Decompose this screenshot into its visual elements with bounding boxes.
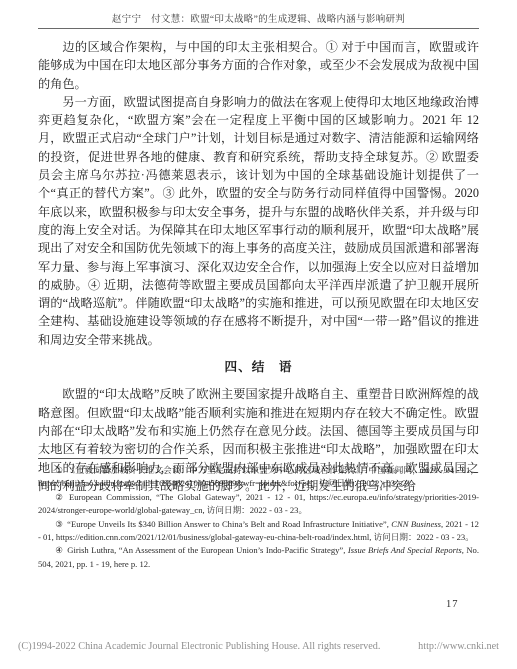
footnote-2-text: European Commission, “The Global Gateway… [38, 492, 479, 515]
running-head-rule [38, 28, 479, 29]
footnote-4-text: Girish Luthra, “An Assessment of the Eur… [67, 545, 348, 555]
body-paragraph-1: 边的区域合作架构，与中国的印太主张相契合。① 对于中国而言，欧盟或许能够成为中国… [38, 38, 479, 93]
footnote-4: ④Girish Luthra, “An Assessment of the Eu… [38, 544, 479, 571]
page-number: 17 [446, 599, 459, 610]
journal-page: 赵宁宁 付文慧：欧盟“印太战略”的生成逻辑、战略内涵与影响研判 边的区域合作架构… [0, 0, 517, 669]
cnki-url: http://www.cnki.net [418, 641, 499, 652]
footnote-1-marker: ① [55, 465, 63, 475]
footnote-3-marker: ③ [55, 519, 63, 529]
article-body: 边的区域合作架构，与中国的印太主张相契合。① 对于中国而言，欧盟或许能够成为中国… [38, 38, 479, 495]
running-head: 赵宁宁 付文慧：欧盟“印太战略”的生成逻辑、战略内涵与影响研判 [38, 11, 479, 25]
footnote-3-source-title: CNN Business [391, 519, 441, 529]
footnote-3-text: “Europe Unveils Its $340 Billion Answer … [67, 519, 391, 529]
footnote-2: ②European Commission, “The Global Gatewa… [38, 491, 479, 518]
footnotes-block: ①《王毅同新加坡外长维文会谈：中方坚定支持以东盟为中心的区域合作架构》，中国新闻… [38, 464, 479, 571]
section-heading-conclusion: 四、结 语 [38, 358, 479, 376]
footnote-1-text: 《王毅同新加坡外长维文会谈：中方坚定支持以东盟为中心的区域合作架构》，中国新闻网… [38, 465, 479, 488]
footnote-4-source-title: Issue Briefs And Special Reports [348, 545, 462, 555]
footnote-3: ③“Europe Unveils Its $340 Billion Answer… [38, 518, 479, 545]
footnote-separator-rule [38, 458, 188, 459]
copyright-notice: (C)1994-2022 China Academic Journal Elec… [18, 641, 380, 652]
cnki-footer: (C)1994-2022 China Academic Journal Elec… [18, 641, 499, 652]
body-paragraph-2: 另一方面，欧盟试图提高自身影响力的做法在客观上使得印太地区地缘政治博弈更趋复杂化… [38, 93, 479, 349]
footnote-4-marker: ④ [55, 545, 63, 555]
footnote-2-marker: ② [55, 492, 65, 502]
footnote-1: ①《王毅同新加坡外长维文会谈：中方坚定支持以东盟为中心的区域合作架构》，中国新闻… [38, 464, 479, 491]
